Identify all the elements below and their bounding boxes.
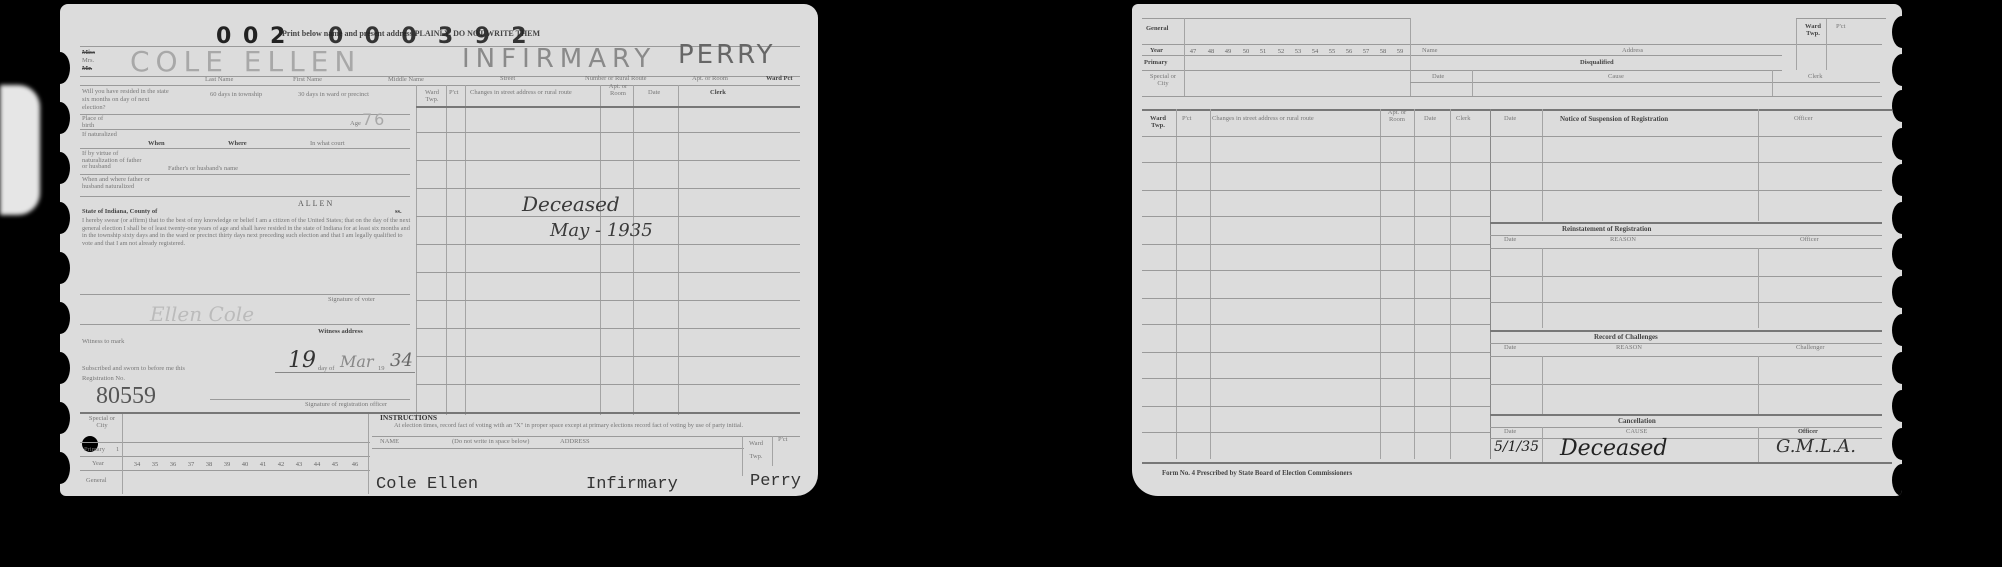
edge-notch [1892, 54, 1902, 86]
edge-notch [60, 352, 70, 384]
street-handwritten: INFIRMARY [462, 46, 656, 72]
col-changes: Changes in street address or rural route [470, 90, 572, 97]
label-middle-name: Middle Name [388, 77, 424, 84]
year-cell: 50 [1239, 48, 1253, 55]
reinstatement-col-reason: REASON [1610, 237, 1636, 244]
year-cell: 58 [1376, 48, 1390, 55]
col-pct: P'ct [1182, 116, 1191, 123]
row-general: General [1146, 26, 1168, 33]
cancellation-col-cause: CAUSE [1626, 429, 1647, 436]
challenges-title: Record of Challenges [1594, 334, 1658, 341]
reinstatement-col-date: Date [1504, 237, 1516, 244]
col-ward-twp: Ward Twp. [1146, 116, 1170, 129]
cancellation-officer: G.M.L.A. [1776, 438, 1856, 456]
year-cell: 46 [348, 461, 362, 468]
typed-address: Infirmary [586, 476, 678, 493]
sworn-day: 19 [288, 350, 316, 372]
label-ward-twp: Ward Twp. [1802, 24, 1824, 37]
edge-notch [1892, 390, 1902, 422]
edge-notch [1892, 464, 1902, 496]
year-cell: 39 [220, 461, 234, 468]
label-disq-cause: Cause [1608, 74, 1624, 81]
year-cell: 48 [1204, 48, 1218, 55]
row-primary: Primary [1144, 60, 1167, 67]
challenges-col-challenger: Challenger [1796, 345, 1825, 352]
label-name: Name [1422, 48, 1438, 55]
challenges-col-date: Date [1504, 345, 1516, 352]
registration-no-label: Registration No. [82, 376, 125, 383]
ss-label: ss. [395, 209, 402, 216]
edge-notch [1892, 164, 1902, 196]
col-apt-room: Apt. or Room [1382, 110, 1412, 123]
label-pct: P'ct [1836, 24, 1845, 31]
year-cell: 44 [310, 461, 324, 468]
edge-notch [1892, 428, 1902, 460]
prefix-mr: Mr. [82, 66, 92, 73]
edge-notch [1892, 352, 1902, 384]
label-apt-room: Apt. or Room [692, 76, 728, 83]
row-year: Year [92, 461, 104, 468]
year-cell: 49 [1221, 48, 1235, 55]
col-ward-twp: Ward Twp. [420, 90, 444, 103]
instr-col-ward: Ward Twp. [746, 437, 766, 463]
year-cell: 59 [1393, 48, 1407, 55]
edge-notch [60, 102, 70, 134]
residence-question: Will you have resided in the state six m… [82, 88, 172, 111]
edge-notch [60, 52, 70, 84]
edge-notch [1892, 276, 1902, 308]
col-clerk: Clerk [710, 90, 726, 97]
instr-col-pct: P'ct [778, 437, 787, 444]
year-cell: 34 [130, 461, 144, 468]
oath-text: I hereby swear (or affirm) that to the b… [82, 217, 412, 247]
suspension-title: Notice of Suspension of Registration [1560, 116, 1668, 123]
change-entry-deceased: Deceased [522, 194, 620, 214]
year-cell: 35 [148, 461, 162, 468]
edge-notch [60, 252, 70, 284]
challenges-col-reason: REASON [1616, 345, 1642, 352]
year-cell: 53 [1291, 48, 1305, 55]
year-cell: 37 [184, 461, 198, 468]
cancellation-cause: Deceased [1560, 438, 1668, 460]
edge-notch [1892, 238, 1902, 270]
state-county-label: State of Indiana, County of [82, 209, 157, 216]
place-of-birth-label: Place of birth [82, 116, 112, 129]
cancellation-date: 5/1/35 [1494, 440, 1539, 454]
father-name-label: Father's or husband's name [168, 166, 238, 173]
edge-notch [60, 452, 70, 484]
instructions-title: INSTRUCTIONS [380, 414, 437, 422]
officer-signature-label: Signature of registration officer [305, 402, 387, 409]
instr-col-name: NAME [380, 439, 399, 446]
year-cell: 54 [1308, 48, 1322, 55]
prefix-miss: Miss [82, 50, 95, 57]
signature-voter-label: Signature of voter [328, 297, 375, 304]
label-disq-date: Date [1432, 74, 1444, 81]
naturalized-court-label: In what court [310, 141, 345, 148]
edge-notch [1892, 16, 1902, 48]
col-apt-room: Apt. or Room [603, 84, 633, 97]
label-ward-pct: Ward Pct [766, 76, 793, 83]
father-naturalization-label: If by virtue of naturalization of father… [82, 151, 144, 171]
prefix-mrs: Mrs. [82, 58, 94, 65]
naturalized-label: If naturalized [82, 132, 127, 139]
cancellation-col-officer: Officer [1798, 429, 1818, 436]
year-cell: 57 [1359, 48, 1373, 55]
edge-notch [60, 302, 70, 334]
father-when-label: When and where father or husband natural… [82, 177, 150, 190]
age-value: 76 [362, 112, 386, 128]
col-changes: Changes in street address or rural route [1212, 116, 1314, 123]
col-date: Date [1424, 116, 1436, 123]
row-general: General [86, 478, 107, 485]
year-cell: 38 [202, 461, 216, 468]
sworn-month: Mar [340, 354, 374, 370]
instructions-text: At election times, record fact of voting… [394, 422, 794, 430]
year-cell: 56 [1342, 48, 1356, 55]
col-pct: P'ct [449, 90, 458, 97]
typed-ward: Perry [750, 473, 801, 490]
row-primary: Primary [84, 447, 105, 454]
label-first-name: First Name [293, 77, 322, 84]
cancellation-title: Cancellation [1618, 418, 1656, 425]
year-cell: 41 [256, 461, 270, 468]
instr-col-address: ADDRESS [560, 439, 590, 446]
subscribed-label: Subscribed and sworn to before me this [82, 366, 185, 373]
year-cell: 43 [292, 461, 306, 468]
edge-notch [60, 202, 70, 234]
cancellation-col-date: Date [1504, 429, 1516, 436]
naturalized-where-label: Where [228, 141, 247, 148]
edge-notch [60, 402, 70, 434]
registration-number: 80559 [96, 384, 156, 408]
row-year: Year [1150, 48, 1163, 55]
label-number-route: Number or Rural Route [585, 76, 647, 83]
year-cell: 40 [238, 461, 252, 468]
label-street: Street [500, 76, 515, 83]
naturalized-when-label: When [148, 141, 165, 148]
year-cell: 52 [1274, 48, 1288, 55]
label-last-name: Last Name [205, 77, 233, 84]
witness-mark-label: Witness to mark [82, 339, 124, 346]
suspension-col-officer: Officer [1794, 116, 1813, 123]
registration-card-front: 0 0 2 Print below name and present addre… [60, 4, 818, 496]
instr-col-donotwrite: (Do not write in space below) [452, 439, 529, 446]
edge-notch [1892, 128, 1902, 160]
edge-notch [60, 152, 70, 184]
age-label: Age [350, 121, 361, 128]
edge-notch [1892, 90, 1902, 122]
year-cell: 36 [166, 461, 180, 468]
row-special-city: Special or City [84, 416, 120, 429]
ward-handwritten: PERRY [678, 42, 775, 68]
year-cell: 55 [1325, 48, 1339, 55]
scanner-glare [0, 85, 40, 215]
label-disq-clerk: Clerk [1808, 74, 1822, 81]
registration-card-back: General Year Primary Special or City 47 … [1132, 4, 1902, 496]
typed-name: Cole Ellen [376, 476, 478, 493]
days-township-label: 60 days in township [210, 92, 270, 99]
form-footer: Form No. 4 Prescribed by State Board of … [1162, 471, 1352, 478]
year-cell: 45 [328, 461, 342, 468]
change-entry-date: May - 1935 [550, 222, 653, 240]
reinstatement-title: Reinstatement of Registration [1562, 226, 1651, 233]
label-disqualified: Disqualified [1580, 60, 1614, 67]
primary-mark: 1 [116, 447, 119, 454]
name-handwritten: COLE ELLEN [130, 48, 361, 76]
label-address: Address [1622, 48, 1643, 55]
suspension-col-date: Date [1504, 116, 1516, 123]
year-cell: 42 [274, 461, 288, 468]
year-cell: 51 [1256, 48, 1270, 55]
edge-notch [1892, 314, 1902, 346]
county-value: ALLEN [298, 200, 334, 208]
witness-address-label: Witness address [318, 329, 363, 336]
voter-signature: Ellen Cole [150, 304, 254, 324]
days-ward-label: 30 days in ward or precinct [298, 92, 373, 99]
reinstatement-col-officer: Officer [1800, 237, 1819, 244]
col-date: Date [648, 90, 660, 97]
row-special-city: Special or City [1148, 74, 1178, 87]
sworn-year: 34 [390, 352, 413, 370]
col-clerk: Clerk [1456, 116, 1470, 123]
edge-notch [1892, 202, 1902, 234]
year-cell: 47 [1186, 48, 1200, 55]
